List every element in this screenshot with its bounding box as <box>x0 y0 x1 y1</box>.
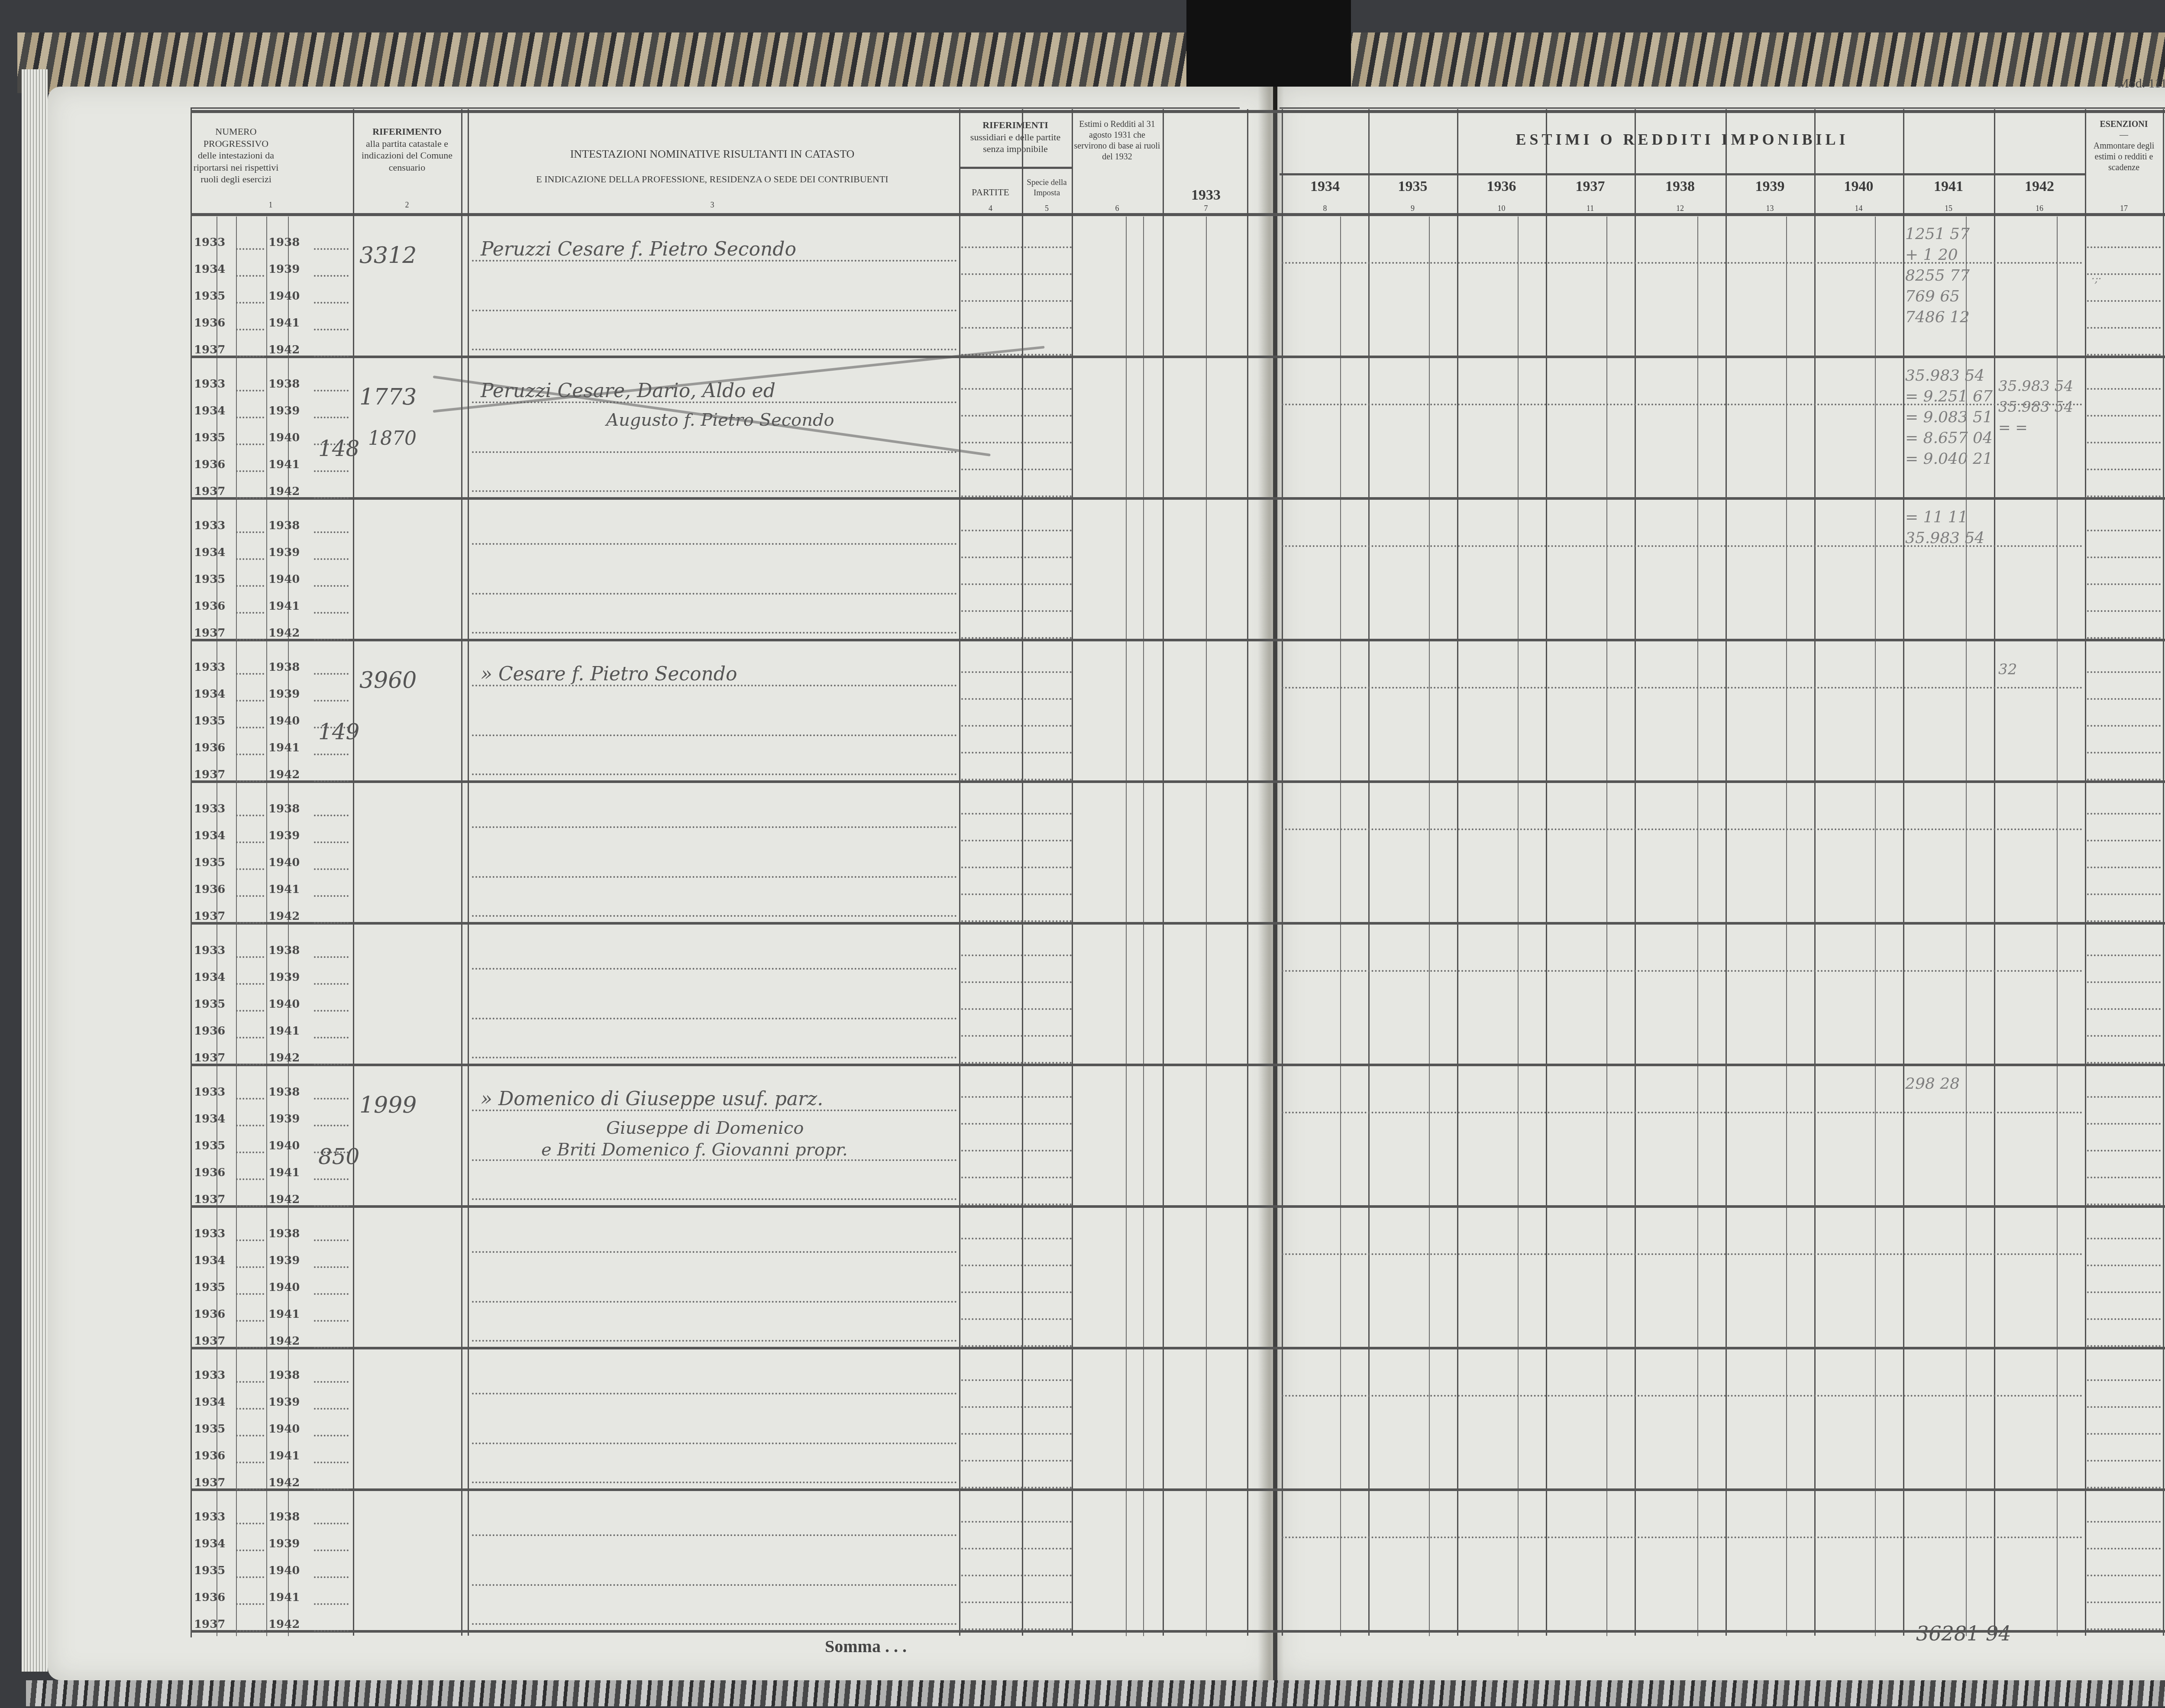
name-ruled-line <box>472 734 957 736</box>
dotted-fill <box>314 780 349 782</box>
name-ruled-line <box>472 310 957 311</box>
year-label-left: 1934 <box>194 546 225 559</box>
year-label-right: 1940 <box>268 290 300 303</box>
dotted-fill <box>2087 1203 2161 1205</box>
value-ruled-line <box>1282 1253 2083 1255</box>
year-label-left: 1933 <box>194 236 225 249</box>
grid-column-line <box>468 109 469 1636</box>
dotted-fill <box>236 1576 264 1578</box>
year-header-1937: 1937 <box>1546 178 1635 196</box>
year-label-right: 1942 <box>268 1051 300 1064</box>
col1-title: NUMERO PROGRESSIVO <box>193 126 279 149</box>
dotted-fill <box>2087 1291 2161 1293</box>
value-1941: 1251 57 <box>1905 225 1970 243</box>
dotted-fill <box>961 1406 1072 1408</box>
dotted-fill <box>961 893 1072 895</box>
year-label-left: 1936 <box>194 1166 225 1179</box>
dotted-fill <box>314 302 349 304</box>
grid-column-line <box>1368 109 1370 1636</box>
year-label-right: 1942 <box>268 910 300 923</box>
name-ruled-line <box>472 1198 957 1200</box>
dotted-fill <box>2087 1460 2161 1462</box>
dotted-fill <box>236 780 264 782</box>
year-label-left: 1937 <box>194 1618 225 1631</box>
progressivo-number: 850 <box>318 1144 359 1169</box>
dotted-fill <box>2087 1628 2161 1630</box>
value-1941: = 9.040 21 <box>1905 450 1993 468</box>
col1-sub: delle intestazioni da riportarsi nei ris… <box>193 149 279 185</box>
year-label-right: 1938 <box>268 802 300 815</box>
year-label-left: 1933 <box>194 1511 225 1524</box>
dotted-fill <box>236 1435 264 1436</box>
dotted-fill <box>961 1379 1072 1381</box>
year-label-left: 1935 <box>194 1139 225 1152</box>
dotted-fill <box>2087 1177 2161 1178</box>
entry-separator-rule <box>191 1488 2165 1491</box>
col17-num: 17 <box>2085 204 2163 213</box>
col3-num: 3 <box>468 200 957 210</box>
name-ruled-line <box>472 490 957 492</box>
year-label-left: 1937 <box>194 1476 225 1489</box>
dotted-fill <box>2087 1318 2161 1320</box>
year-label-right: 1941 <box>268 458 300 471</box>
dotted-fill <box>236 1549 264 1551</box>
dotted-fill <box>2087 1238 2161 1239</box>
dotted-fill <box>961 1008 1072 1010</box>
year-label-right: 1942 <box>268 343 300 356</box>
year-label-right: 1941 <box>268 883 300 896</box>
year-label-left: 1935 <box>194 1564 225 1577</box>
dotted-fill <box>961 1150 1072 1152</box>
dotted-fill <box>961 327 1072 329</box>
dotted-fill <box>961 610 1072 612</box>
year-label-right: 1939 <box>268 829 300 842</box>
grid-column-line <box>1163 109 1164 1636</box>
dotted-fill <box>236 1037 264 1038</box>
name-ruled-line <box>472 1393 957 1394</box>
right-table-frame <box>1280 107 2165 1637</box>
col3-title: INTESTAZIONI NOMINATIVE RISULTANTI IN CA… <box>468 147 957 162</box>
dotted-fill <box>314 1064 349 1065</box>
dotted-fill <box>961 1460 1072 1462</box>
dotted-fill <box>236 1408 264 1410</box>
model-label-text: Mod. 111 - Imposte Dirette <box>2117 76 2165 91</box>
partita-number: 3312 <box>359 243 417 268</box>
col5-num: 5 <box>1022 204 1072 213</box>
dotted-fill <box>2087 495 2161 497</box>
dotted-fill <box>961 1035 1072 1037</box>
grid-subcolumn-line <box>1518 217 1519 1636</box>
dotted-fill <box>961 388 1072 390</box>
header-bottom-rule <box>191 213 2165 216</box>
year-label-right: 1939 <box>268 1113 300 1126</box>
col5-title: Specie della Imposta <box>1022 178 1072 198</box>
year-label-left: 1936 <box>194 458 225 471</box>
entry-separator-rule <box>191 1630 2165 1633</box>
year-label-left: 1934 <box>194 404 225 417</box>
name-ruled-line <box>472 1018 957 1019</box>
name-ruled-line <box>472 826 957 828</box>
grid-subcolumn-line <box>1875 217 1876 1636</box>
dotted-fill <box>314 1320 349 1322</box>
dotted-fill <box>2087 1521 2161 1523</box>
dotted-fill <box>236 1630 264 1632</box>
year-label-right: 1939 <box>268 404 300 417</box>
dotted-fill <box>961 671 1072 673</box>
grid-column-line <box>1903 109 1904 1636</box>
dotted-fill <box>2087 388 2161 390</box>
year-label-left: 1933 <box>194 378 225 391</box>
grid-subcolumn-line <box>236 217 237 1636</box>
year-label-right: 1941 <box>268 317 300 330</box>
dotted-fill <box>314 1125 349 1126</box>
dotted-fill <box>314 1630 349 1632</box>
name-ruled-line <box>472 1623 957 1625</box>
dotted-fill <box>961 1575 1072 1576</box>
dotted-fill <box>2087 954 2161 956</box>
dotted-fill <box>314 1266 349 1268</box>
dotted-fill <box>2087 1062 2161 1064</box>
year-header-1936: 1936 <box>1457 178 1546 196</box>
dotted-fill <box>961 1291 1072 1293</box>
year-label-left: 1934 <box>194 1254 225 1267</box>
year-label-left: 1934 <box>194 1396 225 1409</box>
dotted-fill <box>314 956 349 958</box>
dotted-fill <box>2087 637 2161 639</box>
entry-separator-rule <box>191 497 2165 500</box>
dotted-fill <box>236 585 264 587</box>
dotted-fill <box>236 329 264 330</box>
year-label-right: 1940 <box>268 573 300 586</box>
year-label-left: 1936 <box>194 600 225 613</box>
grid-subcolumn-line <box>2057 217 2058 1636</box>
grid-column-line <box>1726 109 1727 1636</box>
year-label-right: 1940 <box>268 998 300 1011</box>
year-label-right: 1941 <box>268 741 300 754</box>
dotted-fill <box>2087 813 2161 815</box>
name-ruled-line <box>472 632 957 634</box>
owner-name-line1: » Cesare f. Pietro Secondo <box>481 663 737 685</box>
dotted-fill <box>961 840 1072 841</box>
grid-subcolumn-line <box>1340 217 1341 1636</box>
year-header-1934: 1934 <box>1282 178 1368 196</box>
dotted-fill <box>236 868 264 870</box>
col4-num: 4 <box>959 204 1022 213</box>
dotted-fill <box>2087 469 2161 470</box>
name-ruled-line <box>472 968 957 970</box>
year-label-left: 1934 <box>194 971 225 984</box>
grid-subcolumn-line <box>1786 217 1787 1636</box>
year-label-left: 1935 <box>194 1423 225 1436</box>
value-1941: = 8.657 04 <box>1905 429 1993 447</box>
year-colnum-15: 15 <box>1903 204 1994 213</box>
dotted-fill <box>2087 1008 2161 1010</box>
dotted-fill <box>236 1239 264 1241</box>
name-ruled-line <box>472 349 957 350</box>
somma-1941-value: 36281 94 <box>1916 1622 2011 1645</box>
year-label-right: 1938 <box>268 519 300 532</box>
grid-column-line <box>1282 109 1283 1636</box>
dotted-fill <box>961 752 1072 754</box>
dotted-fill <box>236 1488 264 1490</box>
dotted-fill <box>961 867 1072 868</box>
dotted-fill <box>314 1178 349 1180</box>
dotted-fill <box>314 1603 349 1605</box>
dotted-fill <box>236 390 264 391</box>
year-colnum-10: 10 <box>1457 204 1546 213</box>
dotted-fill <box>2087 442 2161 443</box>
dotted-fill <box>314 700 349 702</box>
grid-column-line <box>2163 109 2164 1636</box>
dotted-fill <box>2087 1575 2161 1576</box>
year-label-right: 1941 <box>268 1025 300 1038</box>
year-label-right: 1941 <box>268 1449 300 1462</box>
dotted-fill <box>236 922 264 924</box>
year-label-right: 1942 <box>268 485 300 498</box>
year-label-left: 1934 <box>194 1113 225 1126</box>
dotted-fill <box>236 302 264 304</box>
dotted-fill <box>314 585 349 587</box>
year-label-right: 1942 <box>268 627 300 640</box>
value-1942: 32 <box>1998 661 2017 678</box>
grid-subcolumn-line <box>1143 217 1144 1636</box>
dotted-fill <box>236 558 264 560</box>
dotted-fill <box>314 470 349 472</box>
year-header-1941: 1941 <box>1903 178 1994 196</box>
book-edge-top <box>17 32 2165 93</box>
value-1941: 8255 77 <box>1905 267 1970 285</box>
progressivo-number: 148 <box>318 436 359 461</box>
year-colnum-13: 13 <box>1726 204 1814 213</box>
dotted-fill <box>961 1628 1072 1630</box>
dotted-fill <box>314 531 349 533</box>
year-colnum-8: 8 <box>1282 204 1368 213</box>
model-label: Mod. 111 - Imposte Dirette (Intercalare)… <box>2117 76 2165 91</box>
dotted-fill <box>2087 893 2161 895</box>
dotted-fill <box>314 248 349 250</box>
year-label-right: 1941 <box>268 1308 300 1321</box>
grid-column-line <box>959 109 960 1636</box>
dotted-fill <box>2087 725 2161 727</box>
col7-year: 1933 <box>1163 186 1249 205</box>
dotted-fill <box>961 1238 1072 1239</box>
value-1941: 298 28 <box>1905 1075 1960 1093</box>
dotted-fill <box>961 1318 1072 1320</box>
name-ruled-line <box>472 1057 957 1058</box>
value-1941: 35.983 54 <box>1905 367 1984 385</box>
name-ruled-line <box>472 1340 957 1342</box>
dotted-fill <box>236 673 264 675</box>
year-label-right: 1940 <box>268 715 300 728</box>
grid-column-line <box>2085 109 2086 1636</box>
dotted-fill <box>314 673 349 675</box>
dotted-fill <box>236 497 264 499</box>
somma-label: Somma . . . <box>825 1636 907 1656</box>
entry-separator-rule <box>191 922 2165 925</box>
dotted-fill <box>236 700 264 702</box>
col7-num: 7 <box>1163 204 1249 213</box>
dotted-fill <box>314 1239 349 1241</box>
dotted-fill <box>314 639 349 640</box>
dotted-fill <box>314 815 349 816</box>
dotted-fill <box>236 470 264 472</box>
col6-title: Estimi o Redditi al 31 agosto 1931 che s… <box>1072 119 1163 162</box>
dotted-fill <box>236 1125 264 1126</box>
year-label-left: 1934 <box>194 688 225 701</box>
value-ruled-line <box>1282 828 2083 830</box>
year-label-left: 1937 <box>194 485 225 498</box>
dotted-fill <box>961 273 1072 275</box>
dotted-fill <box>2087 556 2161 558</box>
name-ruled-line <box>472 1482 957 1483</box>
dotted-fill <box>314 1098 349 1100</box>
year-label-left: 1935 <box>194 998 225 1011</box>
name-ruled-line <box>472 773 957 775</box>
dotted-fill <box>314 417 349 418</box>
dotted-fill <box>236 1266 264 1268</box>
dotted-fill <box>236 1178 264 1180</box>
dotted-fill <box>314 868 349 870</box>
dotted-fill <box>961 530 1072 531</box>
year-label-right: 1938 <box>268 1511 300 1524</box>
grid-subcolumn-line <box>1206 217 1207 1636</box>
dotted-fill <box>236 1603 264 1605</box>
estimi-subheader-rule <box>1280 173 2085 175</box>
dotted-fill <box>2087 1487 2161 1488</box>
dotted-fill <box>236 531 264 533</box>
partita-number: 1773 <box>359 384 417 410</box>
year-colnum-16: 16 <box>1994 204 2085 213</box>
book-edge-bottom <box>26 1680 2165 1706</box>
dotted-fill <box>314 922 349 924</box>
name-ruled-line <box>472 1251 957 1253</box>
dotted-fill <box>2087 779 2161 780</box>
year-label-right: 1941 <box>268 1591 300 1604</box>
value-ruled-line <box>1282 970 2083 972</box>
year-label-left: 1935 <box>194 290 225 303</box>
year-colnum-11: 11 <box>1546 204 1635 213</box>
estimi-title: ESTIMI O REDDITI IMPONIBILI <box>1282 130 2083 149</box>
year-label-left: 1936 <box>194 1308 225 1321</box>
year-label-left: 1934 <box>194 1537 225 1550</box>
name-ruled-line <box>472 1584 957 1586</box>
dotted-fill <box>236 727 264 728</box>
dotted-fill <box>961 1345 1072 1347</box>
dotted-fill <box>2087 752 2161 754</box>
dotted-fill <box>961 300 1072 302</box>
dotted-fill <box>961 954 1072 956</box>
dotted-fill <box>2087 246 2161 248</box>
dotted-fill <box>236 1205 264 1207</box>
partita-sub-number: 1870 <box>368 427 417 450</box>
grid-subcolumn-line <box>1606 217 1607 1636</box>
dotted-fill <box>314 1488 349 1490</box>
col2-num: 2 <box>353 200 461 210</box>
dotted-fill <box>2087 1123 2161 1125</box>
name-ruled-line <box>472 451 957 453</box>
year-label-left: 1934 <box>194 263 225 276</box>
dotted-fill <box>314 1576 349 1578</box>
col17-sub: Ammontare degli estimi o redditi e scade… <box>2085 141 2163 173</box>
dotted-fill <box>961 725 1072 727</box>
dotted-fill <box>314 1381 349 1383</box>
dotted-fill <box>2087 671 2161 673</box>
dotted-fill <box>2087 920 2161 922</box>
dotted-fill <box>961 1433 1072 1435</box>
year-label-left: 1937 <box>194 1051 225 1064</box>
owner-name-line1: » Domenico di Giuseppe usuf. parz. <box>481 1088 823 1110</box>
dotted-fill <box>314 356 349 357</box>
grid-column-line <box>353 109 354 1636</box>
dotted-fill <box>961 1177 1072 1178</box>
year-label-right: 1938 <box>268 236 300 249</box>
entry-separator-rule <box>191 639 2165 641</box>
dotted-fill <box>236 356 264 357</box>
dotted-fill <box>2087 1406 2161 1408</box>
dotted-fill <box>2087 981 2161 983</box>
value-ruled-line <box>1282 1537 2083 1538</box>
dotted-fill <box>2087 1345 2161 1347</box>
name-ruled-line <box>472 593 957 595</box>
year-label-left: 1933 <box>194 519 225 532</box>
year-label-right: 1939 <box>268 971 300 984</box>
dotted-fill <box>314 275 349 277</box>
year-label-right: 1939 <box>268 546 300 559</box>
value-ruled-line <box>1282 1112 2083 1113</box>
dotted-fill <box>961 495 1072 497</box>
dotted-fill <box>314 983 349 985</box>
dotted-fill <box>2087 530 2161 531</box>
name-ruled-line <box>472 1443 957 1444</box>
entry-separator-rule <box>191 1205 2165 1208</box>
year-label-left: 1937 <box>194 627 225 640</box>
dotted-fill <box>236 895 264 897</box>
year-label-left: 1933 <box>194 1369 225 1382</box>
dotted-fill <box>2087 1548 2161 1549</box>
name-ruled-line <box>472 876 957 878</box>
col6-num: 6 <box>1072 204 1163 213</box>
dotted-fill <box>2087 1096 2161 1098</box>
dotted-fill <box>961 469 1072 470</box>
dotted-fill <box>236 1523 264 1524</box>
dotted-fill <box>2087 354 2161 356</box>
dotted-fill <box>314 1037 349 1038</box>
entry-separator-rule <box>191 1064 2165 1066</box>
esenzioni-mark: ·;· <box>2091 273 2101 285</box>
dotted-fill <box>2087 1150 2161 1152</box>
year-label-left: 1934 <box>194 829 225 842</box>
dotted-fill <box>961 1203 1072 1205</box>
year-header-1938: 1938 <box>1635 178 1726 196</box>
dotted-fill <box>236 1462 264 1463</box>
year-label-right: 1940 <box>268 1139 300 1152</box>
col1-header: NUMERO PROGRESSIVO delle intestazioni da… <box>193 126 279 185</box>
year-label-left: 1935 <box>194 431 225 444</box>
value-1941: = 9.083 51 <box>1905 408 1993 426</box>
year-label-right: 1942 <box>268 1618 300 1631</box>
dotted-fill <box>961 1548 1072 1549</box>
dotted-fill <box>961 246 1072 248</box>
col17-dash: — <box>2085 130 2163 141</box>
dotted-fill <box>314 1205 349 1207</box>
grid-column-line <box>1635 109 1636 1636</box>
dotted-fill <box>2087 415 2161 417</box>
year-label-left: 1936 <box>194 1591 225 1604</box>
dotted-fill <box>236 983 264 985</box>
value-ruled-line <box>1282 262 2083 264</box>
dotted-fill <box>236 1064 264 1065</box>
dotted-fill <box>236 754 264 755</box>
